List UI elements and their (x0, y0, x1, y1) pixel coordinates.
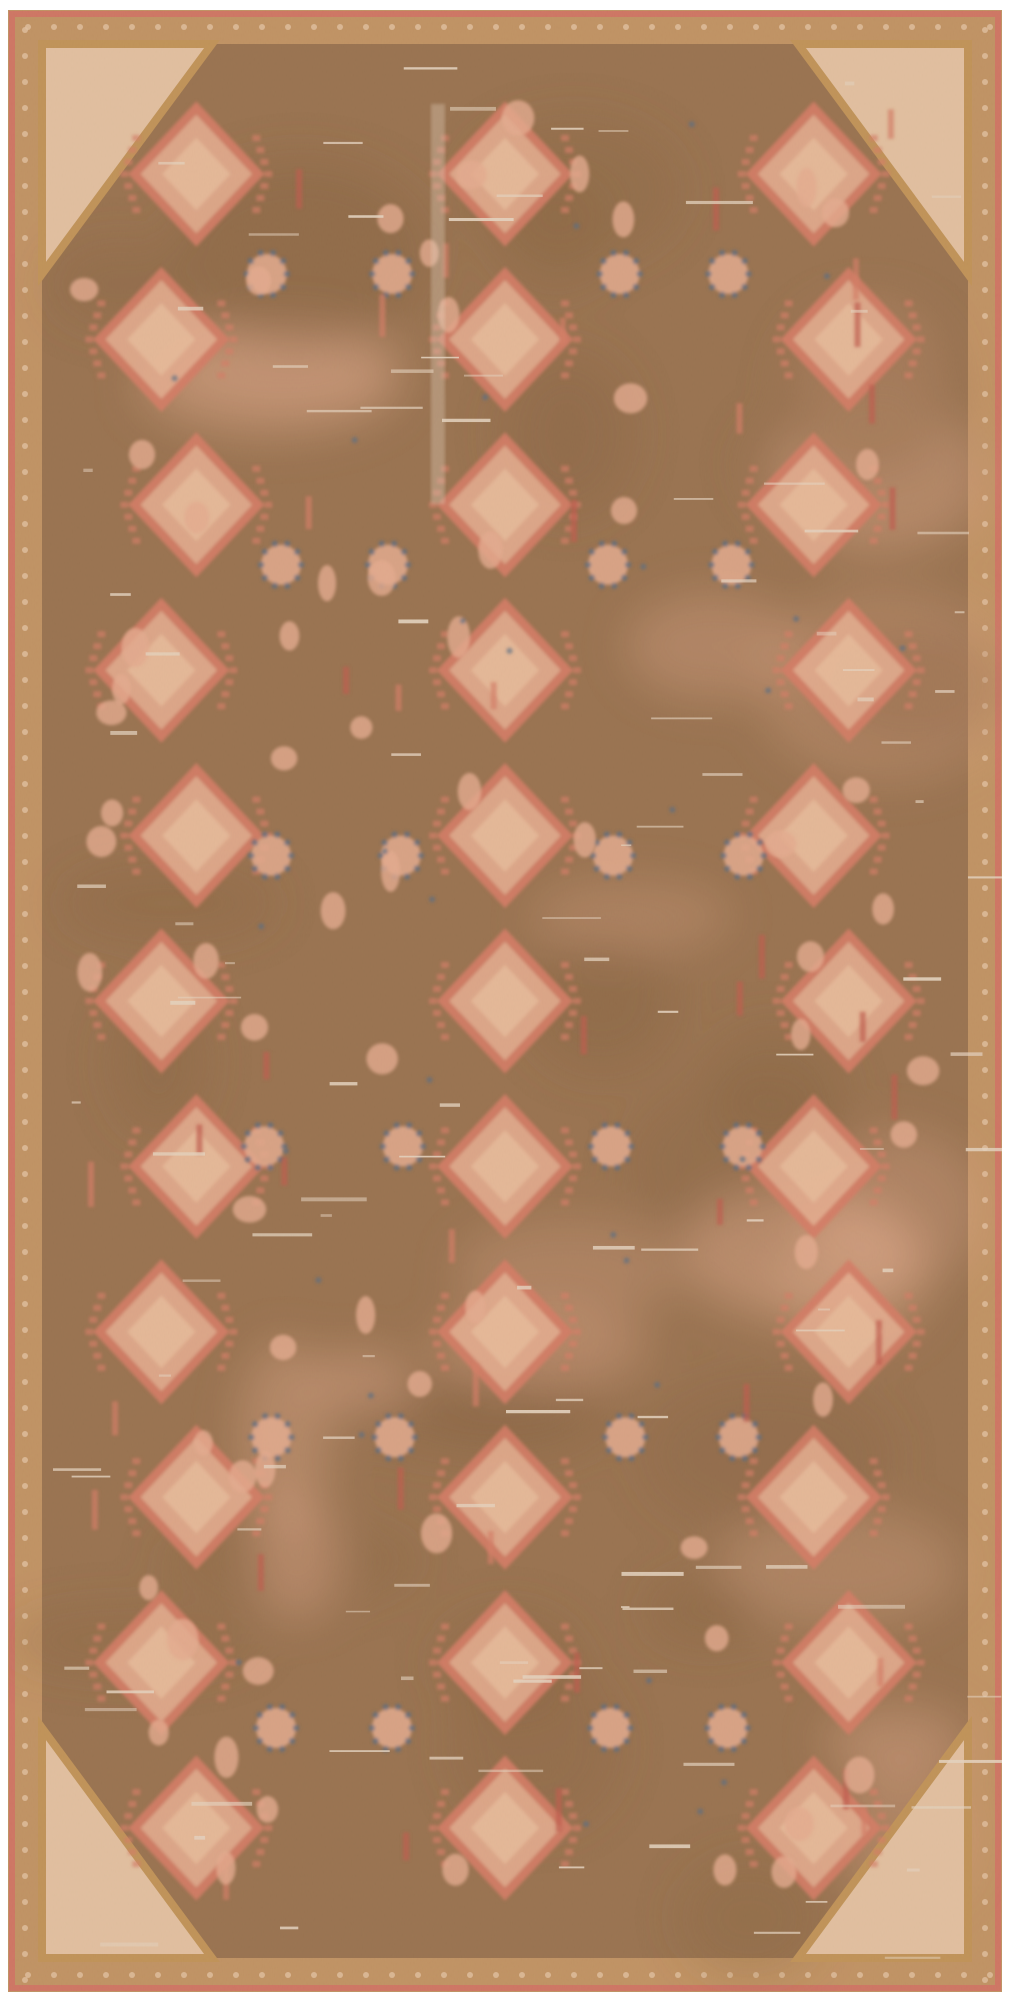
pile-texture (8, 10, 1002, 1992)
rug-photo (8, 10, 1002, 1992)
rug-illustration (8, 10, 1002, 1992)
